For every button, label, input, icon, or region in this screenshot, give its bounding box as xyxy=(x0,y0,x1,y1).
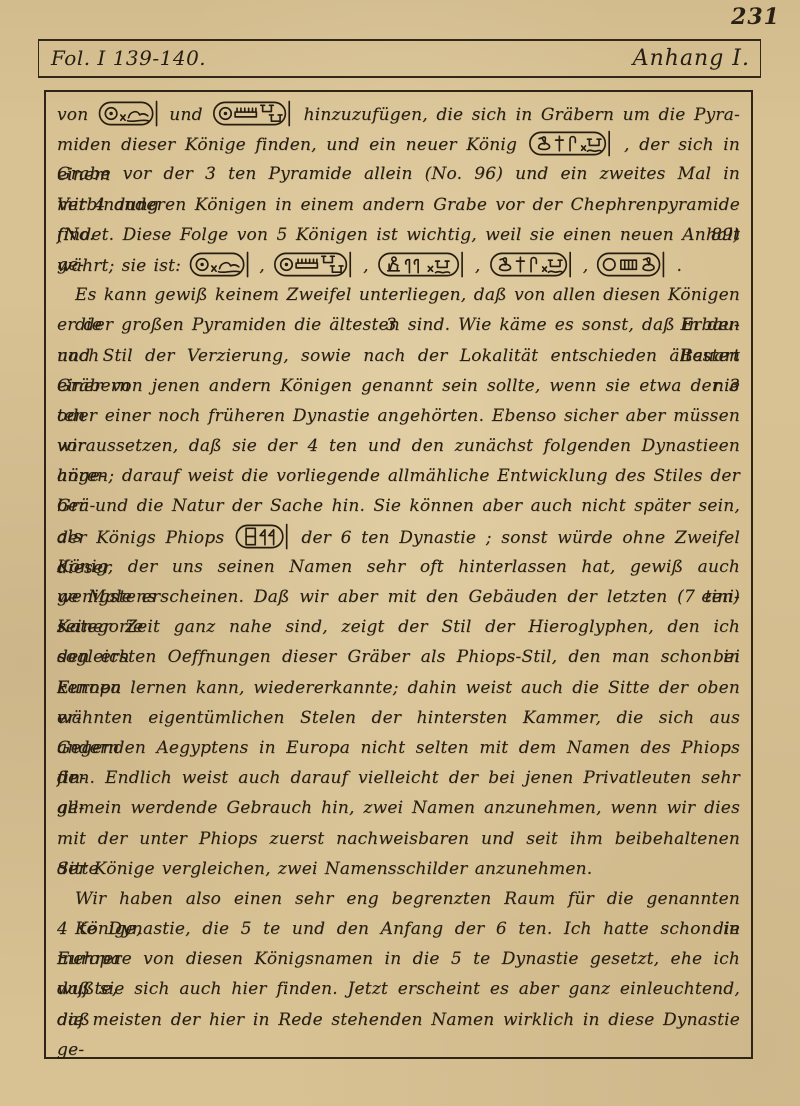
manuscript-line: mit der unter Phiops zuerst nachweisbare… xyxy=(57,824,740,854)
manuscript-line: wähnten eigentümlichen Stelen der hinter… xyxy=(57,703,740,733)
cartouche-sun-net-goose-icon xyxy=(595,250,669,279)
manuscript-text: , xyxy=(576,256,596,276)
manuscript-line: mit 4 anderen Königen in einem andern Gr… xyxy=(57,190,740,220)
manuscript-text: miden dieser Könige finden, und ein neue… xyxy=(57,135,527,155)
cartouche-goose-cross-crook-ka-icon xyxy=(488,250,576,279)
manuscript-line: Es kann gewiß keinem Zweifel unterliegen… xyxy=(57,280,740,310)
appendix-title: Anhang I. xyxy=(633,41,750,76)
manuscript-text: , xyxy=(468,256,488,276)
cartouche-sun-comb-double-ka-icon xyxy=(211,99,295,128)
page-number: 231 xyxy=(731,4,780,30)
manuscript-line: von und hinzuzufügen, die sich in Gräber… xyxy=(57,99,740,129)
cartouche-sun-x-sled-icon xyxy=(188,250,252,279)
manuscript-line: der Könige vergleichen, zwei Namensschil… xyxy=(57,854,740,884)
manuscript-line: König, der uns seinen Namen sehr oft hin… xyxy=(57,552,740,582)
cartouche-sun-x-sled-icon xyxy=(97,99,161,128)
manuscript-page: { "page": { "page_number": "231", "heade… xyxy=(0,0,800,1106)
cartouche-sun-comb-double-ka-icon xyxy=(272,250,356,279)
manuscript-text: . xyxy=(669,256,682,276)
manuscript-line: ber und die Natur der Sache hin. Sie kön… xyxy=(57,491,740,521)
manuscript-text: der Könige vergleichen, zwei Namensschil… xyxy=(57,859,592,879)
cartouche-goose-cross-crook-ka-icon xyxy=(527,129,615,158)
manuscript-line: 4 te Dynastie, die 5 te und den Anfang d… xyxy=(57,914,740,944)
manuscript-text: und xyxy=(161,105,211,125)
manuscript-line: hören; darauf weist die vorliegende allm… xyxy=(57,461,740,491)
manuscript-line: miden dieser Könige finden, und ein neue… xyxy=(57,129,740,159)
manuscript-line: einer von jenen andern Königen genannt s… xyxy=(57,371,740,401)
manuscript-line: seiner Zeit ganz nahe sind, zeigt der St… xyxy=(57,612,740,642)
manuscript-line: den ersten Oeffnungen dieser Gräber als … xyxy=(57,642,740,672)
header-box: Fol. I 139-140. Anhang I. xyxy=(38,39,761,78)
manuscript-line: ge Male erscheinen. Daß wir aber mit den… xyxy=(57,582,740,612)
manuscript-line: oder einer noch früheren Dynastie angehö… xyxy=(57,401,740,431)
manuscript-text: , xyxy=(252,256,272,276)
manuscript-line: er der großen Pyramiden die ältesten sin… xyxy=(57,310,740,340)
cartouche-seated-figure-reeds-ka-icon xyxy=(376,250,468,279)
manuscript-line: daß sie sich auch hier finden. Jetzt ers… xyxy=(57,974,740,1004)
manuscript-line: Grabe vor der 3 ten Pyramide allein (No.… xyxy=(57,159,740,189)
manuscript-text: währt; sie ist: xyxy=(57,256,188,276)
manuscript-text: die meisten der hier in Rede stehenden N… xyxy=(57,1010,740,1060)
manuscript-line: mehrere von diesen Königsnamen in die 5 … xyxy=(57,944,740,974)
folio-reference: Fol. I 139-140. xyxy=(51,41,206,76)
manuscript-line: kennen lernen kann, wiedererkannte; dahi… xyxy=(57,673,740,703)
manuscript-line: der Königs Phiops der 6 ten Dynastie ; s… xyxy=(57,522,740,552)
manuscript-line: Wir haben also einen sehr eng begrenzten… xyxy=(57,884,740,914)
manuscript-text: , xyxy=(356,256,376,276)
manuscript-body: von und hinzuzufügen, die sich in Gräber… xyxy=(44,90,753,1059)
manuscript-line: findet. Diese Folge von 5 Königen ist wi… xyxy=(57,220,740,250)
manuscript-line: voraussetzen, daß sie der 4 ten und den … xyxy=(57,431,740,461)
manuscript-line: und Stil der Verzierung, sowie nach der … xyxy=(57,341,740,371)
manuscript-text: der Königs Phiops xyxy=(57,528,234,548)
manuscript-text: von xyxy=(57,105,97,125)
manuscript-line: währt; sie ist: , , xyxy=(57,250,740,280)
manuscript-line: die meisten der hier in Rede stehenden N… xyxy=(57,1005,740,1035)
manuscript-line: Gegenden Aegyptens in Europa nicht selte… xyxy=(57,733,740,763)
manuscript-line: gemein werdende Gebrauch hin, zwei Namen… xyxy=(57,793,740,823)
manuscript-text: hinzuzufügen, die sich in Gräbern um die… xyxy=(295,105,740,125)
manuscript-line: den. Endlich weist auch darauf vielleich… xyxy=(57,763,740,793)
manuscript-text: gemein werdende Gebrauch hin, zwei Namen… xyxy=(57,798,740,818)
cartouche-phiops-icon xyxy=(234,522,292,551)
